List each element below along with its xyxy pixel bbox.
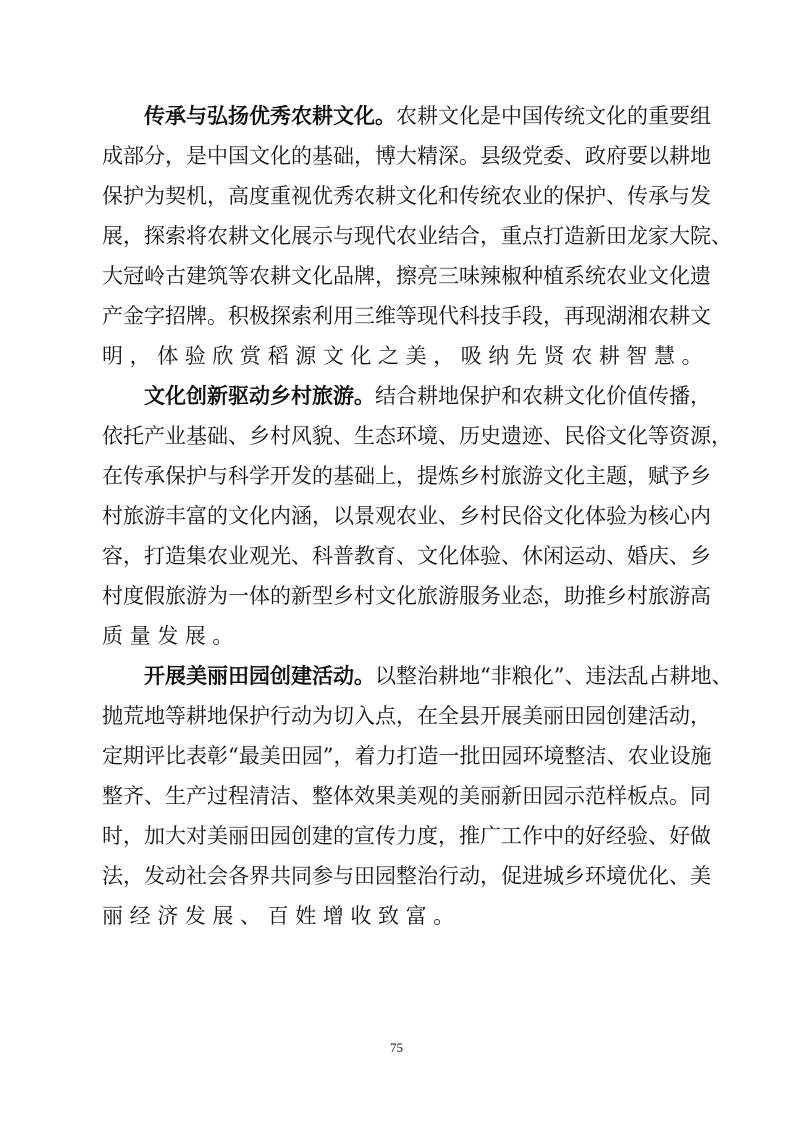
text-line: 丽经济发展、百姓增收致富。 — [102, 896, 692, 936]
text-line: 展，探索将农耕文化展示与现代农业结合，重点打造新田龙家大院、 — [102, 216, 692, 256]
paragraph-farming-culture: 传承与弘扬优秀农耕文化。农耕文化是中国传统文化的重要组 成部分，是中国文化的基础… — [102, 96, 692, 376]
paragraph-beautiful-fields: 开展美丽田园创建活动。以整治耕地“非粮化”、违法乱占耕地、 抛荒地等耕地保护行动… — [102, 656, 692, 936]
text-line: 整齐、生产过程清洁、整体效果美观的美丽新田园示范样板点。同 — [102, 776, 692, 816]
text-line: 产金字招牌。积极探索利用三维等现代科技手段，再现湖湘农耕文 — [102, 296, 692, 336]
paragraph-heading: 开展美丽田园创建活动。 — [144, 664, 375, 688]
text-line: 成部分，是中国文化的基础，博大精深。县级党委、政府要以耕地 — [102, 136, 692, 176]
paragraph-rural-tourism: 文化创新驱动乡村旅游。结合耕地保护和农耕文化价值传播， 依托产业基础、乡村风貌、… — [102, 376, 692, 656]
text-line: 抛荒地等耕地保护行动为切入点，在全县开展美丽田园创建活动， — [102, 696, 692, 736]
text-line: 村旅游丰富的文化内涵，以景观农业、乡村民俗文化体验为核心内 — [102, 496, 692, 536]
text-line: 在传承保护与科学开发的基础上，提炼乡村旅游文化主题，赋予乡 — [102, 456, 692, 496]
text-line: 大冠岭古建筑等农耕文化品牌，擦亮三味辣椒种植系统农业文化遗 — [102, 256, 692, 296]
paragraph-heading: 文化创新驱动乡村旅游。 — [144, 384, 375, 408]
text-line: 法，发动社会各界共同参与田园整治行动，促进城乡环境优化、美 — [102, 856, 692, 896]
text-line: 明，体验欣赏稻源文化之美，吸纳先贤农耕智慧。 — [102, 336, 692, 376]
page-number: 75 — [0, 1040, 793, 1056]
document-page: 传承与弘扬优秀农耕文化。农耕文化是中国传统文化的重要组 成部分，是中国文化的基础… — [102, 96, 692, 936]
paragraph-heading: 传承与弘扬优秀农耕文化。 — [144, 104, 396, 128]
text-line: 时，加大对美丽田园创建的宣传力度，推广工作中的好经验、好做 — [102, 816, 692, 856]
paragraph-first-line: 开展美丽田园创建活动。以整治耕地“非粮化”、违法乱占耕地、 — [102, 656, 692, 696]
text-line: 保护为契机，高度重视优秀农耕文化和传统农业的保护、传承与发 — [102, 176, 692, 216]
text-line: 定期评比表彰“最美田园”，着力打造一批田园环境整洁、农业设施 — [102, 736, 692, 776]
text-line: 容，打造集农业观光、科普教育、文化体验、休闲运动、婚庆、乡 — [102, 536, 692, 576]
text-line: 依托产业基础、乡村风貌、生态环境、历史遗迹、民俗文化等资源， — [102, 416, 692, 456]
text-line: 质量发展。 — [102, 616, 692, 656]
paragraph-first-line: 传承与弘扬优秀农耕文化。农耕文化是中国传统文化的重要组 — [102, 96, 692, 136]
paragraph-first-line: 文化创新驱动乡村旅游。结合耕地保护和农耕文化价值传播， — [102, 376, 692, 416]
text-line: 村度假旅游为一体的新型乡村文化旅游服务业态，助推乡村旅游高 — [102, 576, 692, 616]
